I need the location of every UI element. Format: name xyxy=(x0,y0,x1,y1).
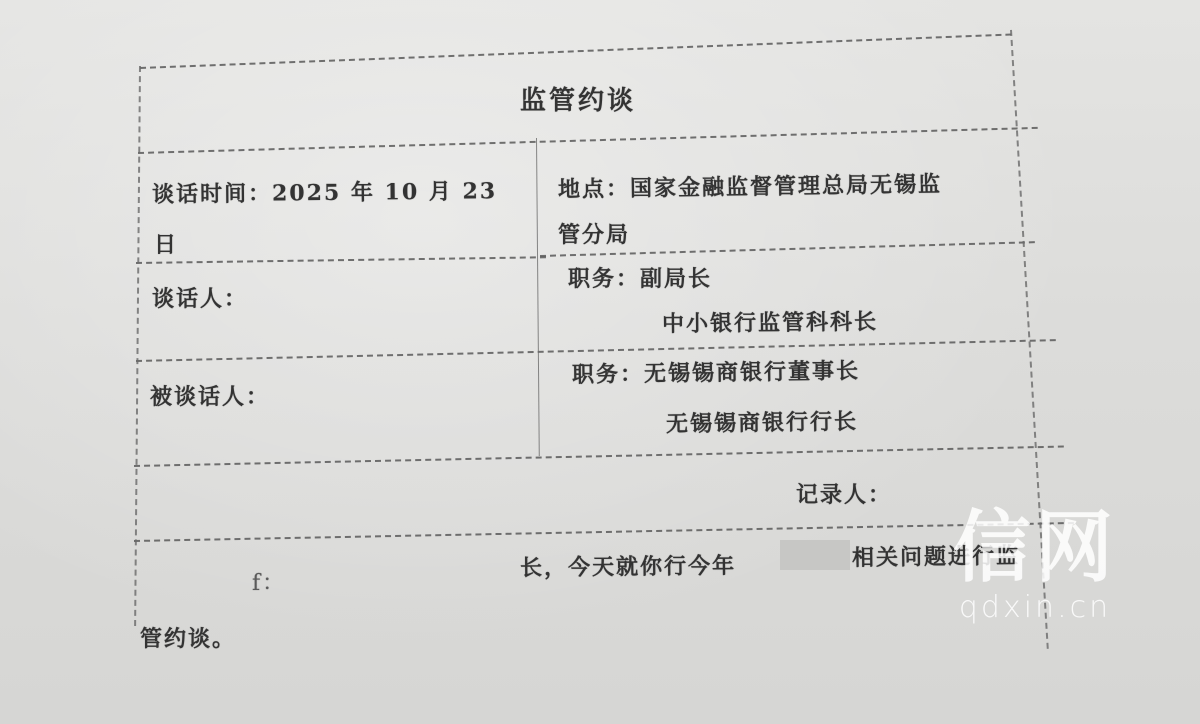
title-row-divider xyxy=(138,127,1038,154)
body-line1-continued: 相关问题进行监 xyxy=(852,539,1020,572)
column-divider xyxy=(536,138,540,456)
recorder-label: 记录人： xyxy=(796,478,892,509)
interviewer-position-1: 副局长 xyxy=(640,266,712,292)
interviewee-position-2: 无锡锡商银行行长 xyxy=(666,405,858,439)
interviewer-label: 谈话人： xyxy=(152,282,248,313)
body-line1-prefix: f： xyxy=(252,566,286,597)
interviewee-position-label: 职务： xyxy=(572,361,644,388)
redacted-block xyxy=(780,540,850,570)
time-row-divider xyxy=(136,256,546,264)
table-top-border xyxy=(140,34,1011,69)
interviewee-row-divider xyxy=(134,446,1064,467)
interview-time-day: 日 xyxy=(154,228,178,259)
interviewee-position-1: 无锡锡商银行董事长 xyxy=(644,358,860,387)
interview-time-label: 谈话时间： xyxy=(152,181,272,208)
interviewer-position: 职务：副局长 xyxy=(568,262,712,293)
table-left-border xyxy=(134,66,141,626)
recorder-row-divider xyxy=(134,522,1074,542)
interview-time-value: 2025 年 10 月 23 xyxy=(272,178,497,206)
document-title: 监管约谈 xyxy=(520,80,636,117)
interviewer-position-label: 职务： xyxy=(568,266,640,292)
body-line2: 管约谈。 xyxy=(140,622,236,653)
interviewee-position: 职务：无锡锡商银行董事长 xyxy=(572,354,860,389)
location-label: 地点： xyxy=(558,176,630,203)
interview-location: 地点：国家金融监督管理总局无锡监 xyxy=(558,167,942,203)
location-value-line2: 管分局 xyxy=(558,218,630,249)
interviewee-label: 被谈话人： xyxy=(150,380,270,411)
location-value-line1: 国家金融监督管理总局无锡监 xyxy=(630,171,942,201)
interview-time: 谈话时间：2025 年 10 月 23 xyxy=(152,174,497,209)
body-line1-fragment: 长，今天就你行今年 xyxy=(520,549,736,582)
interviewer-position-2: 中小银行监管科科长 xyxy=(662,305,878,338)
watermark-site: qdxin.cn xyxy=(935,588,1135,628)
